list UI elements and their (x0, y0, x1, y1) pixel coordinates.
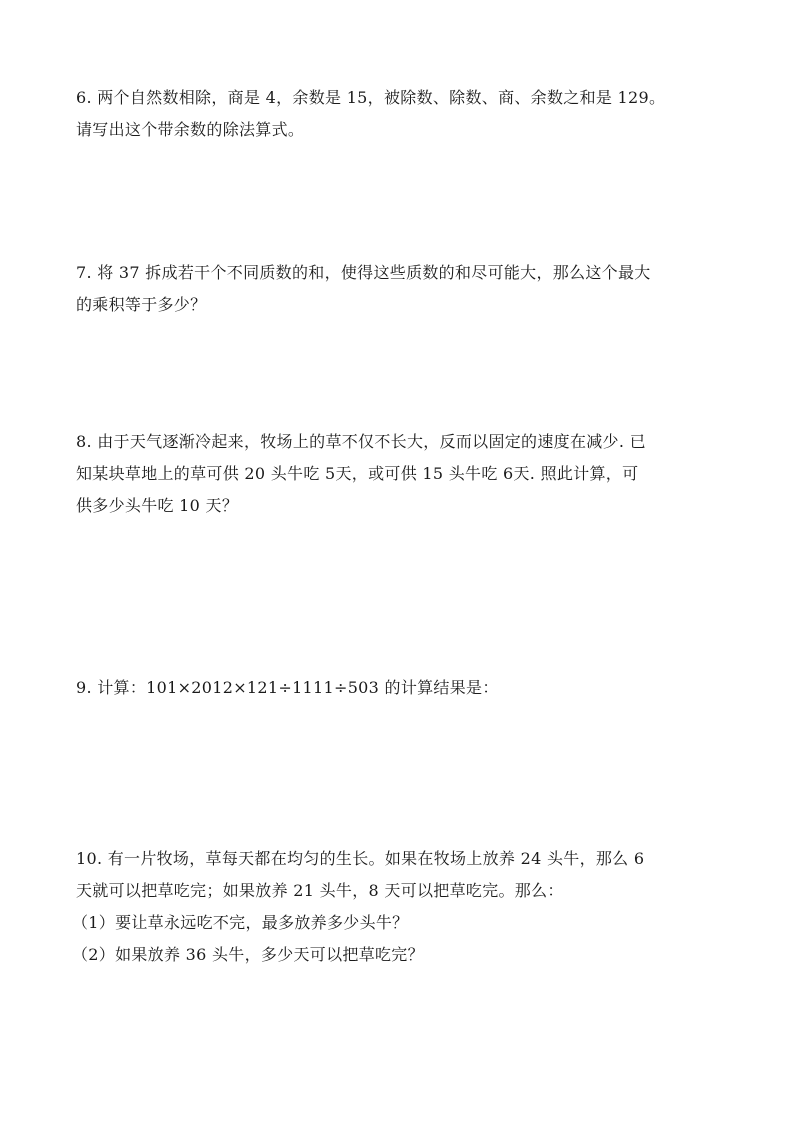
problem-7: 7. 将 37 拆成若干个不同质数的和，使得这些质数的和尽可能大，那么这个最大 … (76, 257, 736, 321)
problem-10-subquestion-1: （1）要让草永远吃不完，最多放养多少头牛？ (72, 907, 736, 939)
problem-10-line-2: 天就可以把草吃完；如果放养 21 头牛，8 天可以把草吃完。那么： (76, 875, 736, 907)
worksheet-page: 6. 两个自然数相除，商是 4，余数是 15，被除数、除数、商、余数之和是 12… (0, 0, 793, 1122)
problem-6-line-2: 请写出这个带余数的除法算式。 (76, 114, 736, 146)
problem-6: 6. 两个自然数相除，商是 4，余数是 15，被除数、除数、商、余数之和是 12… (76, 82, 736, 146)
problem-6-line-1: 6. 两个自然数相除，商是 4，余数是 15，被除数、除数、商、余数之和是 12… (76, 82, 736, 114)
problem-8: 8. 由于天气逐渐冷起来，牧场上的草不仅不长大，反而以固定的速度在减少. 已 知… (76, 426, 736, 522)
problem-10-subquestion-2: （2）如果放养 36 头牛，多少天可以把草吃完？ (72, 939, 736, 971)
problem-9: 9. 计算：101×2012×121÷1111÷503 的计算结果是： (76, 672, 736, 704)
problem-10: 10. 有一片牧场，草每天都在均匀的生长。如果在牧场上放养 24 头牛，那么 6… (76, 843, 736, 971)
problem-8-line-1: 8. 由于天气逐渐冷起来，牧场上的草不仅不长大，反而以固定的速度在减少. 已 (76, 426, 736, 458)
problem-7-line-2: 的乘积等于多少？ (76, 289, 736, 321)
problem-8-line-3: 供多少头牛吃 10 天？ (76, 490, 736, 522)
problem-10-line-1: 10. 有一片牧场，草每天都在均匀的生长。如果在牧场上放养 24 头牛，那么 6 (76, 843, 736, 875)
problem-8-line-2: 知某块草地上的草可供 20 头牛吃 5天，或可供 15 头牛吃 6天. 照此计算… (76, 458, 736, 490)
problem-7-line-1: 7. 将 37 拆成若干个不同质数的和，使得这些质数的和尽可能大，那么这个最大 (76, 257, 736, 289)
problem-9-line-1: 9. 计算：101×2012×121÷1111÷503 的计算结果是： (76, 672, 736, 704)
